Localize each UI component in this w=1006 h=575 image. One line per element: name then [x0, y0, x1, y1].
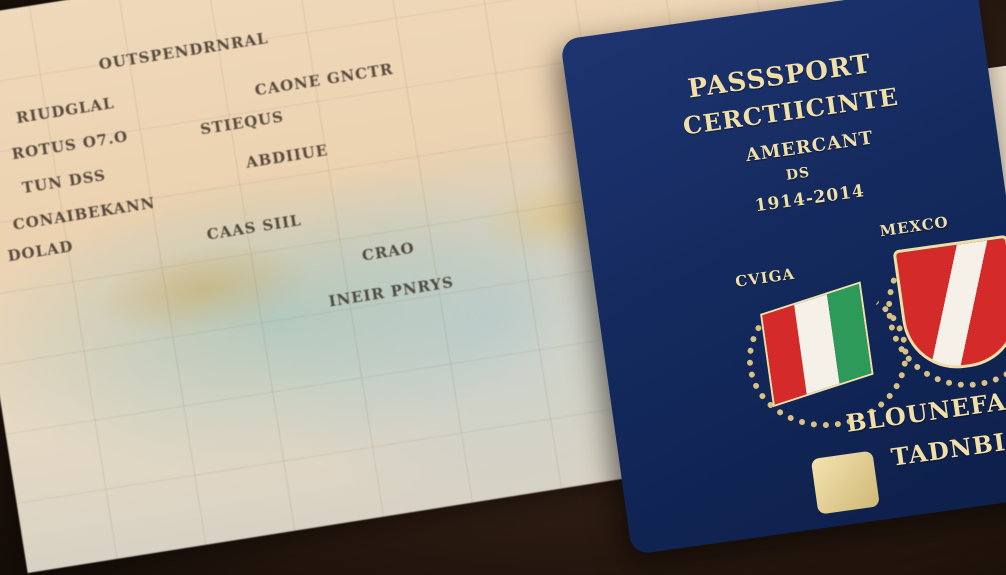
passport-subtitle: AMERCANT: [744, 127, 874, 166]
photo-scene: OUTSPENDRNRAL RIUDGLAL ROTUS O7.O TUN DS…: [0, 0, 1006, 575]
passport: PASSSPORT CERCTIICINTE AMERCANT DS 1914-…: [560, 0, 1006, 555]
passport-chip-icon: [811, 451, 880, 515]
passport-subtitle2: DS: [785, 165, 811, 184]
passport-years: 1914-2014: [754, 181, 866, 216]
emblem-left-label: CVIGA: [734, 265, 796, 291]
